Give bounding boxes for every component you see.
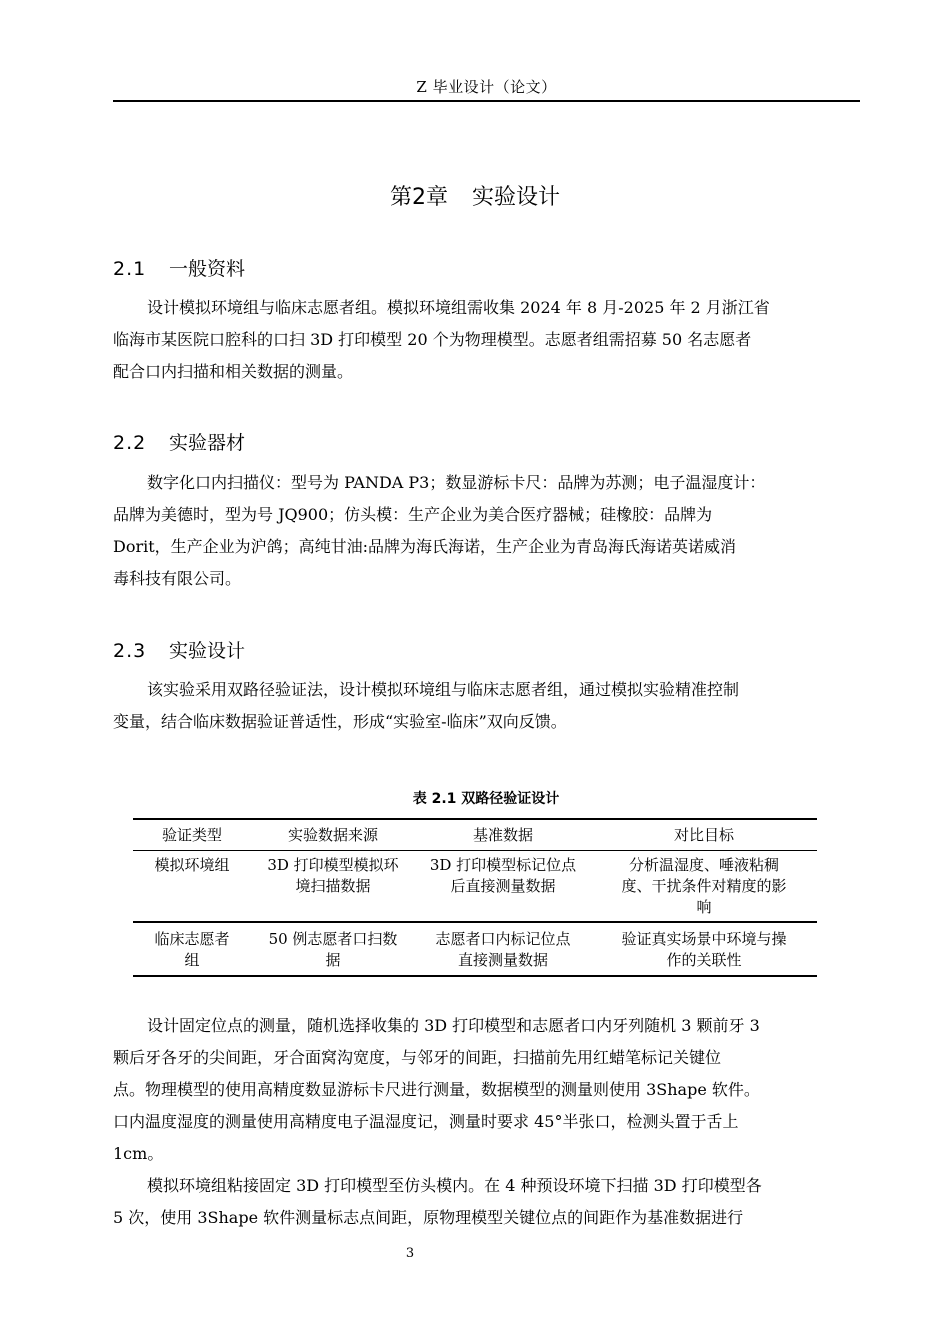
text-line: 模拟环境组粘接固定 3D 打印模型至仿头模内。在 4 种预设环境下扫描 3D 打… [113,1170,860,1202]
text-line: 数字化口内扫描仪：型号为 PANDA P3；数显游标卡尺：品牌为苏测；电子温湿度… [113,467,860,499]
cell-line: 50 例志愿者口扫数 [257,929,409,950]
chapter-title: 第2章实验设计 [0,180,950,211]
paragraph-design: 该实验采用双路径验证法，设计模拟环境组与临床志愿者组，通过模拟实验精准控制 变量… [113,674,860,738]
running-header: Z 毕业设计（论文） [113,76,860,97]
table-cell: 模拟环境组 [133,851,251,923]
section-heading-2-1: 2.1一般资料 [113,254,245,281]
section-title: 实验器材 [169,432,245,454]
section-title: 实验设计 [169,640,245,662]
section-number: 2.3 [113,640,169,662]
chapter-number: 第2章 [390,185,448,210]
table-cell: 3D 打印模型标记位点后直接测量数据 [415,851,591,923]
header-rule [113,100,860,102]
cell-line: 3D 打印模型模拟环 [257,855,409,876]
section-number: 2.1 [113,258,169,280]
table-cell: 志愿者口内标记位点直接测量数据 [415,922,591,976]
text-line: 颗后牙各牙的尖间距，牙合面窝沟宽度，与邻牙的间距，扫描前先用红蜡笔标记关键位 [113,1042,860,1074]
text-line: 临海市某医院口腔科的口扫 3D 打印模型 20 个为物理模型。志愿者组需招募 5… [113,324,860,356]
table-cell: 临床志愿者组 [133,922,251,976]
cell-line: 作的关联性 [597,950,811,971]
cell-line: 据 [257,950,409,971]
column-header: 验证类型 [133,819,251,851]
text-line: 设计固定位点的测量，随机选择收集的 3D 打印模型和志愿者口内牙列随机 3 颗前… [113,1010,860,1042]
text-line: 1cm。 [113,1138,860,1170]
text-line: 变量，结合临床数据验证普适性，形成“实验室-临床”双向反馈。 [113,706,860,738]
text-line: 品牌为美德时，型为号 JQ900；仿头模：生产企业为美合医疗器械；硅橡胶：品牌为 [113,499,860,531]
text-line: 该实验采用双路径验证法，设计模拟环境组与临床志愿者组，通过模拟实验精准控制 [113,674,860,706]
text-line: 5 次，使用 3Shape 软件测量标志点间距，原物理模型关键位点的间距作为基准… [113,1202,860,1234]
cell-line: 分析温湿度、唾液粘稠 [597,855,811,876]
table-row: 模拟环境组 3D 打印模型模拟环境扫描数据 3D 打印模型标记位点后直接测量数据… [133,851,817,923]
cell-line: 组 [139,950,245,971]
cell-line: 直接测量数据 [421,950,585,971]
document-page: Z 毕业设计（论文） 第2章实验设计 2.1一般资料 设计模拟环境组与临床志愿者… [0,0,950,1344]
cell-line: 验证真实场景中环境与操 [597,929,811,950]
paragraph-measurement: 设计固定位点的测量，随机选择收集的 3D 打印模型和志愿者口内牙列随机 3 颗前… [113,1010,860,1234]
cell-line: 模拟环境组 [139,855,245,876]
cell-line: 志愿者口内标记位点 [421,929,585,950]
section-heading-2-2: 2.2实验器材 [113,428,245,455]
table-header-row: 验证类型 实验数据来源 基准数据 对比目标 [133,819,817,851]
cell-line: 3D 打印模型标记位点 [421,855,585,876]
cell-line: 境扫描数据 [257,876,409,897]
column-header: 基准数据 [415,819,591,851]
cell-line: 后直接测量数据 [421,876,585,897]
table-row: 临床志愿者组 50 例志愿者口扫数据 志愿者口内标记位点直接测量数据 验证真实场… [133,922,817,976]
section-title: 一般资料 [169,258,245,280]
cell-line: 响 [597,897,811,918]
page-number: 3 [0,1246,820,1261]
table-cell: 3D 打印模型模拟环境扫描数据 [251,851,415,923]
section-number: 2.2 [113,432,169,454]
text-line: 点。物理模型的使用高精度数显游标卡尺进行测量，数据模型的测量则使用 3Shape… [113,1074,860,1106]
table-cell: 验证真实场景中环境与操作的关联性 [591,922,817,976]
cell-line: 度、干扰条件对精度的影 [597,876,811,897]
text-line: 毒科技有限公司。 [113,563,860,595]
column-header: 实验数据来源 [251,819,415,851]
chapter-name: 实验设计 [472,185,560,210]
paragraph-equipment: 数字化口内扫描仪：型号为 PANDA P3；数显游标卡尺：品牌为苏测；电子温湿度… [113,467,860,595]
cell-line: 临床志愿者 [139,929,245,950]
table-cell: 50 例志愿者口扫数据 [251,922,415,976]
table-cell: 分析温湿度、唾液粘稠度、干扰条件对精度的影响 [591,851,817,923]
text-line: Dorit，生产企业为沪鸽；高纯甘油:品牌为海氏海诺，生产企业为青岛海氏海诺英诺… [113,531,860,563]
validation-design-table: 验证类型 实验数据来源 基准数据 对比目标 模拟环境组 3D 打印模型模拟环境扫… [133,818,817,977]
paragraph-general-info: 设计模拟环境组与临床志愿者组。模拟环境组需收集 2024 年 8 月-2025 … [113,292,860,388]
column-header: 对比目标 [591,819,817,851]
text-line: 设计模拟环境组与临床志愿者组。模拟环境组需收集 2024 年 8 月-2025 … [113,292,860,324]
text-line: 口内温度湿度的测量使用高精度电子温湿度记，测量时要求 45°半张口，检测头置于舌… [113,1106,860,1138]
table-caption: 表 2.1 双路径验证设计 [0,788,950,808]
text-line: 配合口内扫描和相关数据的测量。 [113,356,860,388]
section-heading-2-3: 2.3实验设计 [113,636,245,663]
